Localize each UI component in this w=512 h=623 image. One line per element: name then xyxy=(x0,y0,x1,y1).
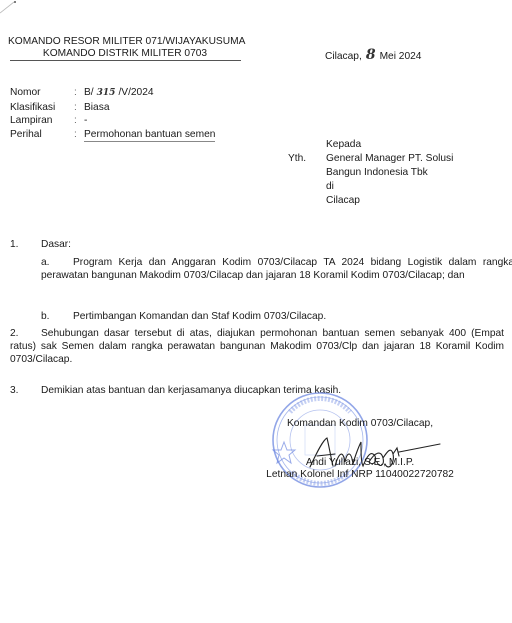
paragraph-text: Sehubungan dasar tersebut di atas, diaju… xyxy=(10,328,504,365)
subitem-label: b. xyxy=(41,310,50,323)
meta-colon: : xyxy=(74,114,84,128)
paragraph-2: 2.Sehubungan dasar tersebut di atas, dia… xyxy=(10,327,504,366)
addressee-line4: Cilacap xyxy=(326,194,360,208)
meta-value-perihal: Permohonan bantuan semen xyxy=(84,128,215,143)
corner-fold-mark xyxy=(0,0,20,14)
meta-row-nomor: Nomor : B/315/V/2024 xyxy=(10,86,215,101)
meta-value-lampiran: - xyxy=(84,114,87,128)
meta-value-nomor: B/315/V/2024 xyxy=(84,86,154,101)
subitem-label: a. xyxy=(41,256,73,269)
meta-label: Perihal xyxy=(10,128,74,143)
meta-label: Klasifikasi xyxy=(10,101,74,115)
meta-colon: : xyxy=(74,101,84,115)
paragraph-title: Dasar: xyxy=(41,238,71,251)
addressee-block: Kepada Yth.General Manager PT. Solusi Ba… xyxy=(288,138,453,208)
letterhead-rule xyxy=(10,60,241,61)
meta-row-lampiran: Lampiran : - xyxy=(10,114,215,128)
meta-colon: : xyxy=(74,86,84,101)
signature-block: Komandan Kodim 0703/Cilacap, Andi Yuliaz… xyxy=(260,418,460,482)
paragraph-number: 2. xyxy=(10,327,41,340)
paragraph-number: 3. xyxy=(10,384,19,397)
letterhead-kodim: KOMANDO DISTRIK MILITER 0703 xyxy=(8,48,242,60)
date-day-handwritten: 8 xyxy=(366,47,376,63)
letterhead-korem: KOMANDO RESOR MILITER 071/WIJAYAKUSUMA xyxy=(8,36,242,48)
signatory-name: Andi Yuliazi, S.E., M.I.P. xyxy=(260,457,460,470)
signatory-title: Komandan Kodim 0703/Cilacap, xyxy=(260,418,460,431)
letter-date: Cilacap,8Mei 2024 xyxy=(325,47,421,63)
signatory-rank-nrp: Letnan Kolonel Inf NRP 11040022720782 xyxy=(260,469,460,482)
paragraph-1a: a.Program Kerja dan Anggaran Kodim 0703/… xyxy=(10,256,500,282)
addressee-yth: Yth. xyxy=(288,152,326,166)
addressee-line1: General Manager PT. Solusi xyxy=(326,152,453,166)
meta-label: Nomor xyxy=(10,86,74,101)
meta-row-perihal: Perihal : Permohonan bantuan semen xyxy=(10,128,215,143)
meta-value-klasifikasi: Biasa xyxy=(84,101,109,115)
letter-meta: Nomor : B/315/V/2024 Klasifikasi : Biasa… xyxy=(10,86,215,142)
subitem-text: Program Kerja dan Anggaran Kodim 0703/Ci… xyxy=(41,257,512,281)
meta-row-klasifikasi: Klasifikasi : Biasa xyxy=(10,101,215,115)
addressee-line3: di xyxy=(326,180,334,194)
subitem-text: Pertimbangan Komandan dan Staf Kodim 070… xyxy=(73,310,326,323)
addressee-line2: Bangun Indonesia Tbk xyxy=(326,166,428,180)
paragraph-number: 1. xyxy=(10,238,19,251)
meta-colon: : xyxy=(74,128,84,143)
date-month-year: Mei 2024 xyxy=(380,51,422,62)
letterhead: KOMANDO RESOR MILITER 071/WIJAYAKUSUMA K… xyxy=(8,36,242,60)
meta-label: Lampiran xyxy=(10,114,74,128)
addressee-kepada: Kepada xyxy=(326,138,361,152)
date-place: Cilacap, xyxy=(325,51,362,62)
